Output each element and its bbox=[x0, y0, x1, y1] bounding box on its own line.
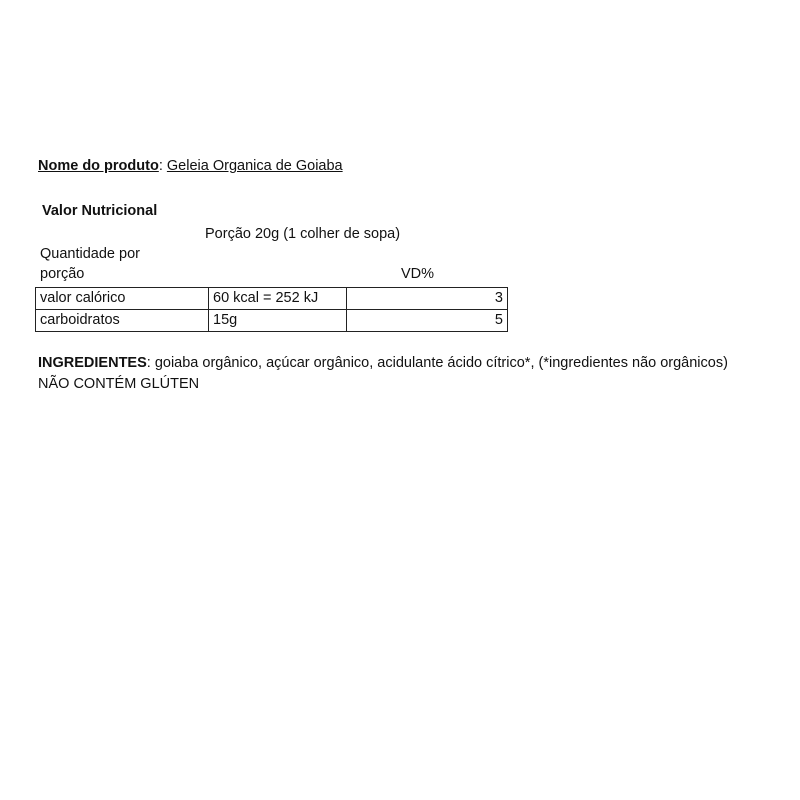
vd-cell: 5 bbox=[347, 310, 508, 332]
amount-cell: 60 kcal = 252 kJ bbox=[209, 288, 347, 310]
quantity-label-line1: Quantidade por bbox=[40, 246, 140, 262]
amount-cell: 15g bbox=[209, 310, 347, 332]
quantity-label-line2: porção bbox=[40, 266, 84, 282]
table-row: valor calórico 60 kcal = 252 kJ 3 bbox=[36, 288, 508, 310]
ingredients-text: : goiaba orgânico, açúcar orgânico, acid… bbox=[147, 355, 728, 371]
product-name-value: Geleia Organica de Goiaba bbox=[167, 158, 343, 174]
product-name-separator: : bbox=[159, 158, 167, 174]
nutrient-cell: carboidratos bbox=[36, 310, 209, 332]
gluten-notice: NÃO CONTÉM GLÚTEN bbox=[38, 376, 199, 392]
product-name-line: Nome do produto: Geleia Organica de Goia… bbox=[38, 158, 343, 174]
nutrient-cell: valor calórico bbox=[36, 288, 209, 310]
product-name-label: Nome do produto bbox=[38, 158, 159, 174]
vd-cell: 3 bbox=[347, 288, 508, 310]
nutrition-heading: Valor Nutricional bbox=[42, 203, 157, 219]
ingredients-label: INGREDIENTES bbox=[38, 355, 147, 371]
portion-size: Porção 20g (1 colher de sopa) bbox=[205, 226, 400, 242]
table-row: carboidratos 15g 5 bbox=[36, 310, 508, 332]
nutrition-table: valor calórico 60 kcal = 252 kJ 3 carboi… bbox=[35, 287, 508, 332]
ingredients-line: INGREDIENTES: goiaba orgânico, açúcar or… bbox=[38, 355, 728, 371]
vd-header: VD% bbox=[401, 266, 434, 282]
